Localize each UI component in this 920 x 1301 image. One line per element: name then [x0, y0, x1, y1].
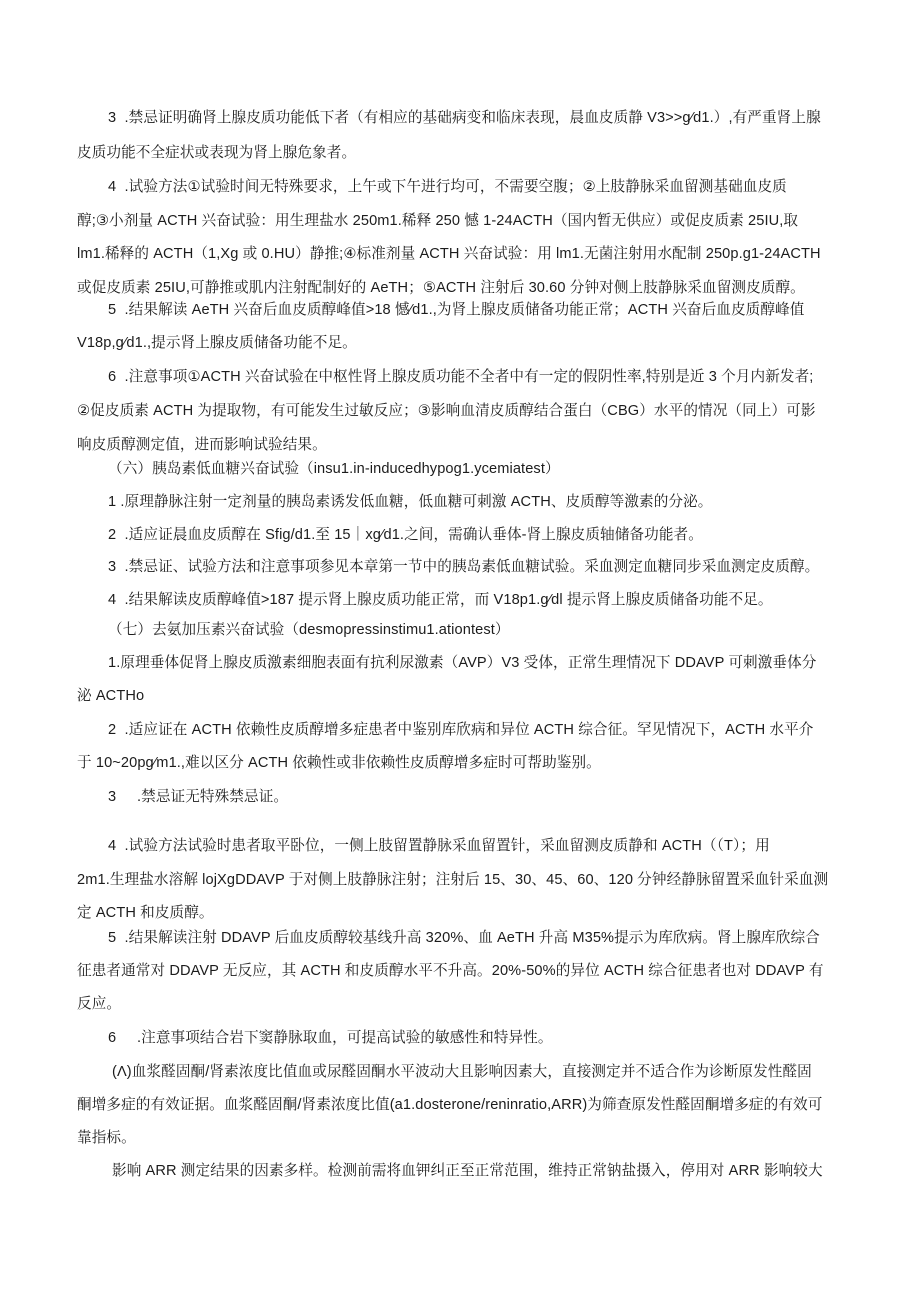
text-line: 3 .禁忌证明确肾上腺皮质功能低下者（有相应的基础病变和临床表现，晨血皮质静 V…	[108, 108, 821, 128]
text-line: 5 .结果解读 AeTH 兴奋后血皮质醇峰值>18 憾∕d1.,为肾上腺皮质储备…	[108, 300, 804, 320]
text-line: 靠指标。	[77, 1128, 136, 1148]
text-line: 影响 ARR 测定结果的因素多样。检测前需将血钾纠正至正常范围，维持正常钠盐摄入…	[112, 1161, 823, 1181]
text-line: 定 ACTH 和皮质醇。	[77, 903, 214, 923]
document-page: 3 .禁忌证明确肾上腺皮质功能低下者（有相应的基础病变和临床表现，晨血皮质静 V…	[0, 0, 920, 1301]
section-heading: （七）去氨加压素兴奋试验（desmopressinstimu1.ationtes…	[108, 620, 510, 640]
text-line: 泌 ACTHo	[77, 686, 144, 706]
text-line: 4 .试验方法试验时患者取平卧位，一侧上肢留置静脉采血留置针，采血留测皮质静和 …	[108, 836, 770, 856]
text-line: 3 .禁忌证、试验方法和注意事项参见本章第一节中的胰岛素低血糖试验。采血测定血糖…	[108, 557, 819, 577]
section-heading: (Λ)血浆醛固酮/肾素浓度比值血或尿醛固酮水平波动大且影响因素大，直接测定并不适…	[112, 1062, 812, 1082]
text-line: 2m1.生理盐水溶解 lojXgDDAVP 于对侧上肢静脉注射；注射后 15、3…	[77, 870, 828, 890]
text-line: 5 .结果解读注射 DDAVP 后血皮质醇较基线升高 320%、血 AeTH 升…	[108, 928, 820, 948]
text-line: 于 10~20pg∕m1.,难以区分 ACTH 依赖性或非依赖性皮质醇增多症时可…	[77, 753, 601, 773]
text-line: 2 .适应证晨血皮质醇在 Sfig/d1.至 15｜xg∕d1.之间，需确认垂体…	[108, 525, 703, 545]
section-heading: （六）胰岛素低血糖兴奋试验（insu1.in-inducedhypog1.yce…	[108, 459, 560, 479]
text-line: 征患者通常对 DDAVP 无反应，其 ACTH 和皮质醇水平不升高。20%-50…	[77, 961, 824, 981]
text-line: 或促皮质素 25IU,可静推或肌内注射配制好的 AeTH；⑤ACTH 注射后 3…	[77, 278, 805, 298]
text-line: 皮质功能不全症状或表现为肾上腺危象者。	[77, 143, 356, 163]
text-line: lm1.稀释的 ACTH（1,Xg 或 0.HU）静推;④标准剂量 ACTH 兴…	[77, 244, 821, 264]
text-line: 3 .禁忌证无特殊禁忌证。	[108, 787, 288, 807]
text-line: 6 .注意事项①ACTH 兴奋试验在中枢性肾上腺皮质功能不全者中有一定的假阴性率…	[108, 367, 813, 387]
text-line: 2 .适应证在 ACTH 依赖性皮质醇增多症患者中鉴别库欣病和异位 ACTH 综…	[108, 720, 814, 740]
text-line: 1 .原理静脉注射一定剂量的胰岛素诱发低血糖，低血糖可刺激 ACTH、皮质醇等激…	[108, 492, 712, 512]
text-line: 6 .注意事项结合岩下窦静脉取血，可提高试验的敏感性和特异性。	[108, 1028, 553, 1048]
text-line: 反应。	[77, 994, 121, 1014]
text-line: V18p,g∕d1.,提示肾上腺皮质储备功能不足。	[77, 333, 357, 353]
text-line: ②促皮质素 ACTH 为提取物，有可能发生过敏反应；③影响血清皮质醇结合蛋白（C…	[77, 401, 816, 421]
text-line: 1.原理垂体促肾上腺皮质激素细胞表面有抗利尿激素（AVP）V3 受体，正常生理情…	[108, 653, 817, 673]
text-line: 醇;③小剂量 ACTH 兴奋试验：用生理盐水 250m1.稀释 250 憾 1-…	[77, 211, 798, 231]
text-line: 酮增多症的有效证据。血浆醛固酮/肾素浓度比值(a1.dosterone/reni…	[77, 1095, 822, 1115]
text-line: 响皮质醇测定值，进而影响试验结果。	[77, 435, 327, 455]
text-line: 4 .试验方法①试验时间无特殊要求，上午或下午进行均可，不需要空腹；②上肢静脉采…	[108, 177, 787, 197]
text-line: 4 .结果解读皮质醇峰值>187 提示肾上腺皮质功能正常，而 V18p1.g∕d…	[108, 590, 773, 610]
